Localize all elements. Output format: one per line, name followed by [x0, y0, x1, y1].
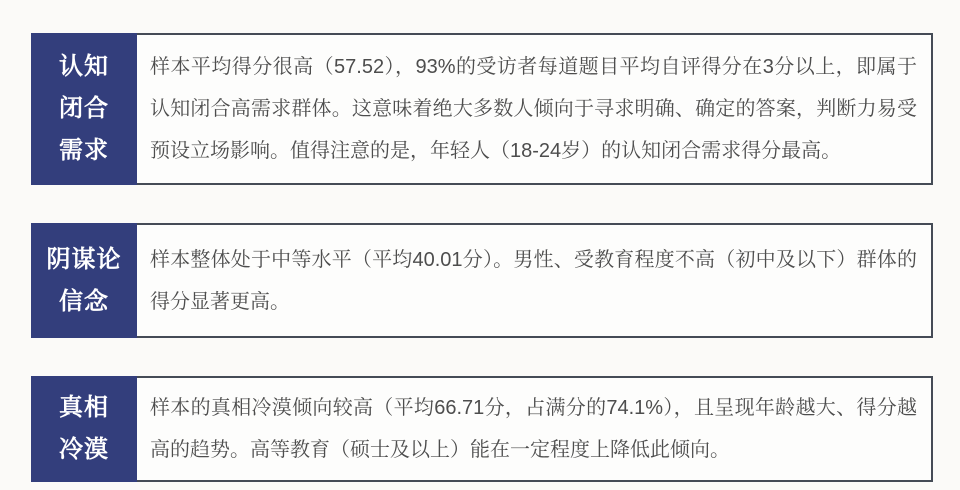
section-cognitive-closure-need: 认知 闭合 需求 样本平均得分很高（57.52），93%的受访者每道题目平均自评…: [31, 33, 933, 185]
survey-summary-page: 认知 闭合 需求 样本平均得分很高（57.52），93%的受访者每道题目平均自评…: [0, 0, 960, 490]
section-body-text: 样本的真相冷漠倾向较高（平均66.71分，占满分的74.1%），且呈现年龄越大、…: [150, 387, 917, 471]
section-body-text: 样本整体处于中等水平（平均40.01分）。男性、受教育程度不高（初中及以下）群体…: [150, 239, 917, 323]
section-label-cognitive-closure-need: 认知 闭合 需求: [31, 33, 137, 185]
section-body-text: 样本平均得分很高（57.52），93%的受访者每道题目平均自评得分在3分以上，即…: [150, 46, 917, 172]
section-content-cognitive-closure-need: 样本平均得分很高（57.52），93%的受访者每道题目平均自评得分在3分以上，即…: [137, 33, 933, 185]
section-content-conspiracy-belief: 样本整体处于中等水平（平均40.01分）。男性、受教育程度不高（初中及以下）群体…: [137, 223, 933, 338]
section-label-conspiracy-belief: 阴谋论 信念: [31, 223, 137, 338]
section-content-truth-apathy: 样本的真相冷漠倾向较高（平均66.71分，占满分的74.1%），且呈现年龄越大、…: [137, 376, 933, 482]
section-conspiracy-belief: 阴谋论 信念 样本整体处于中等水平（平均40.01分）。男性、受教育程度不高（初…: [31, 223, 933, 338]
section-truth-apathy: 真相 冷漠 样本的真相冷漠倾向较高（平均66.71分，占满分的74.1%），且呈…: [31, 376, 933, 482]
section-label-truth-apathy: 真相 冷漠: [31, 376, 137, 482]
